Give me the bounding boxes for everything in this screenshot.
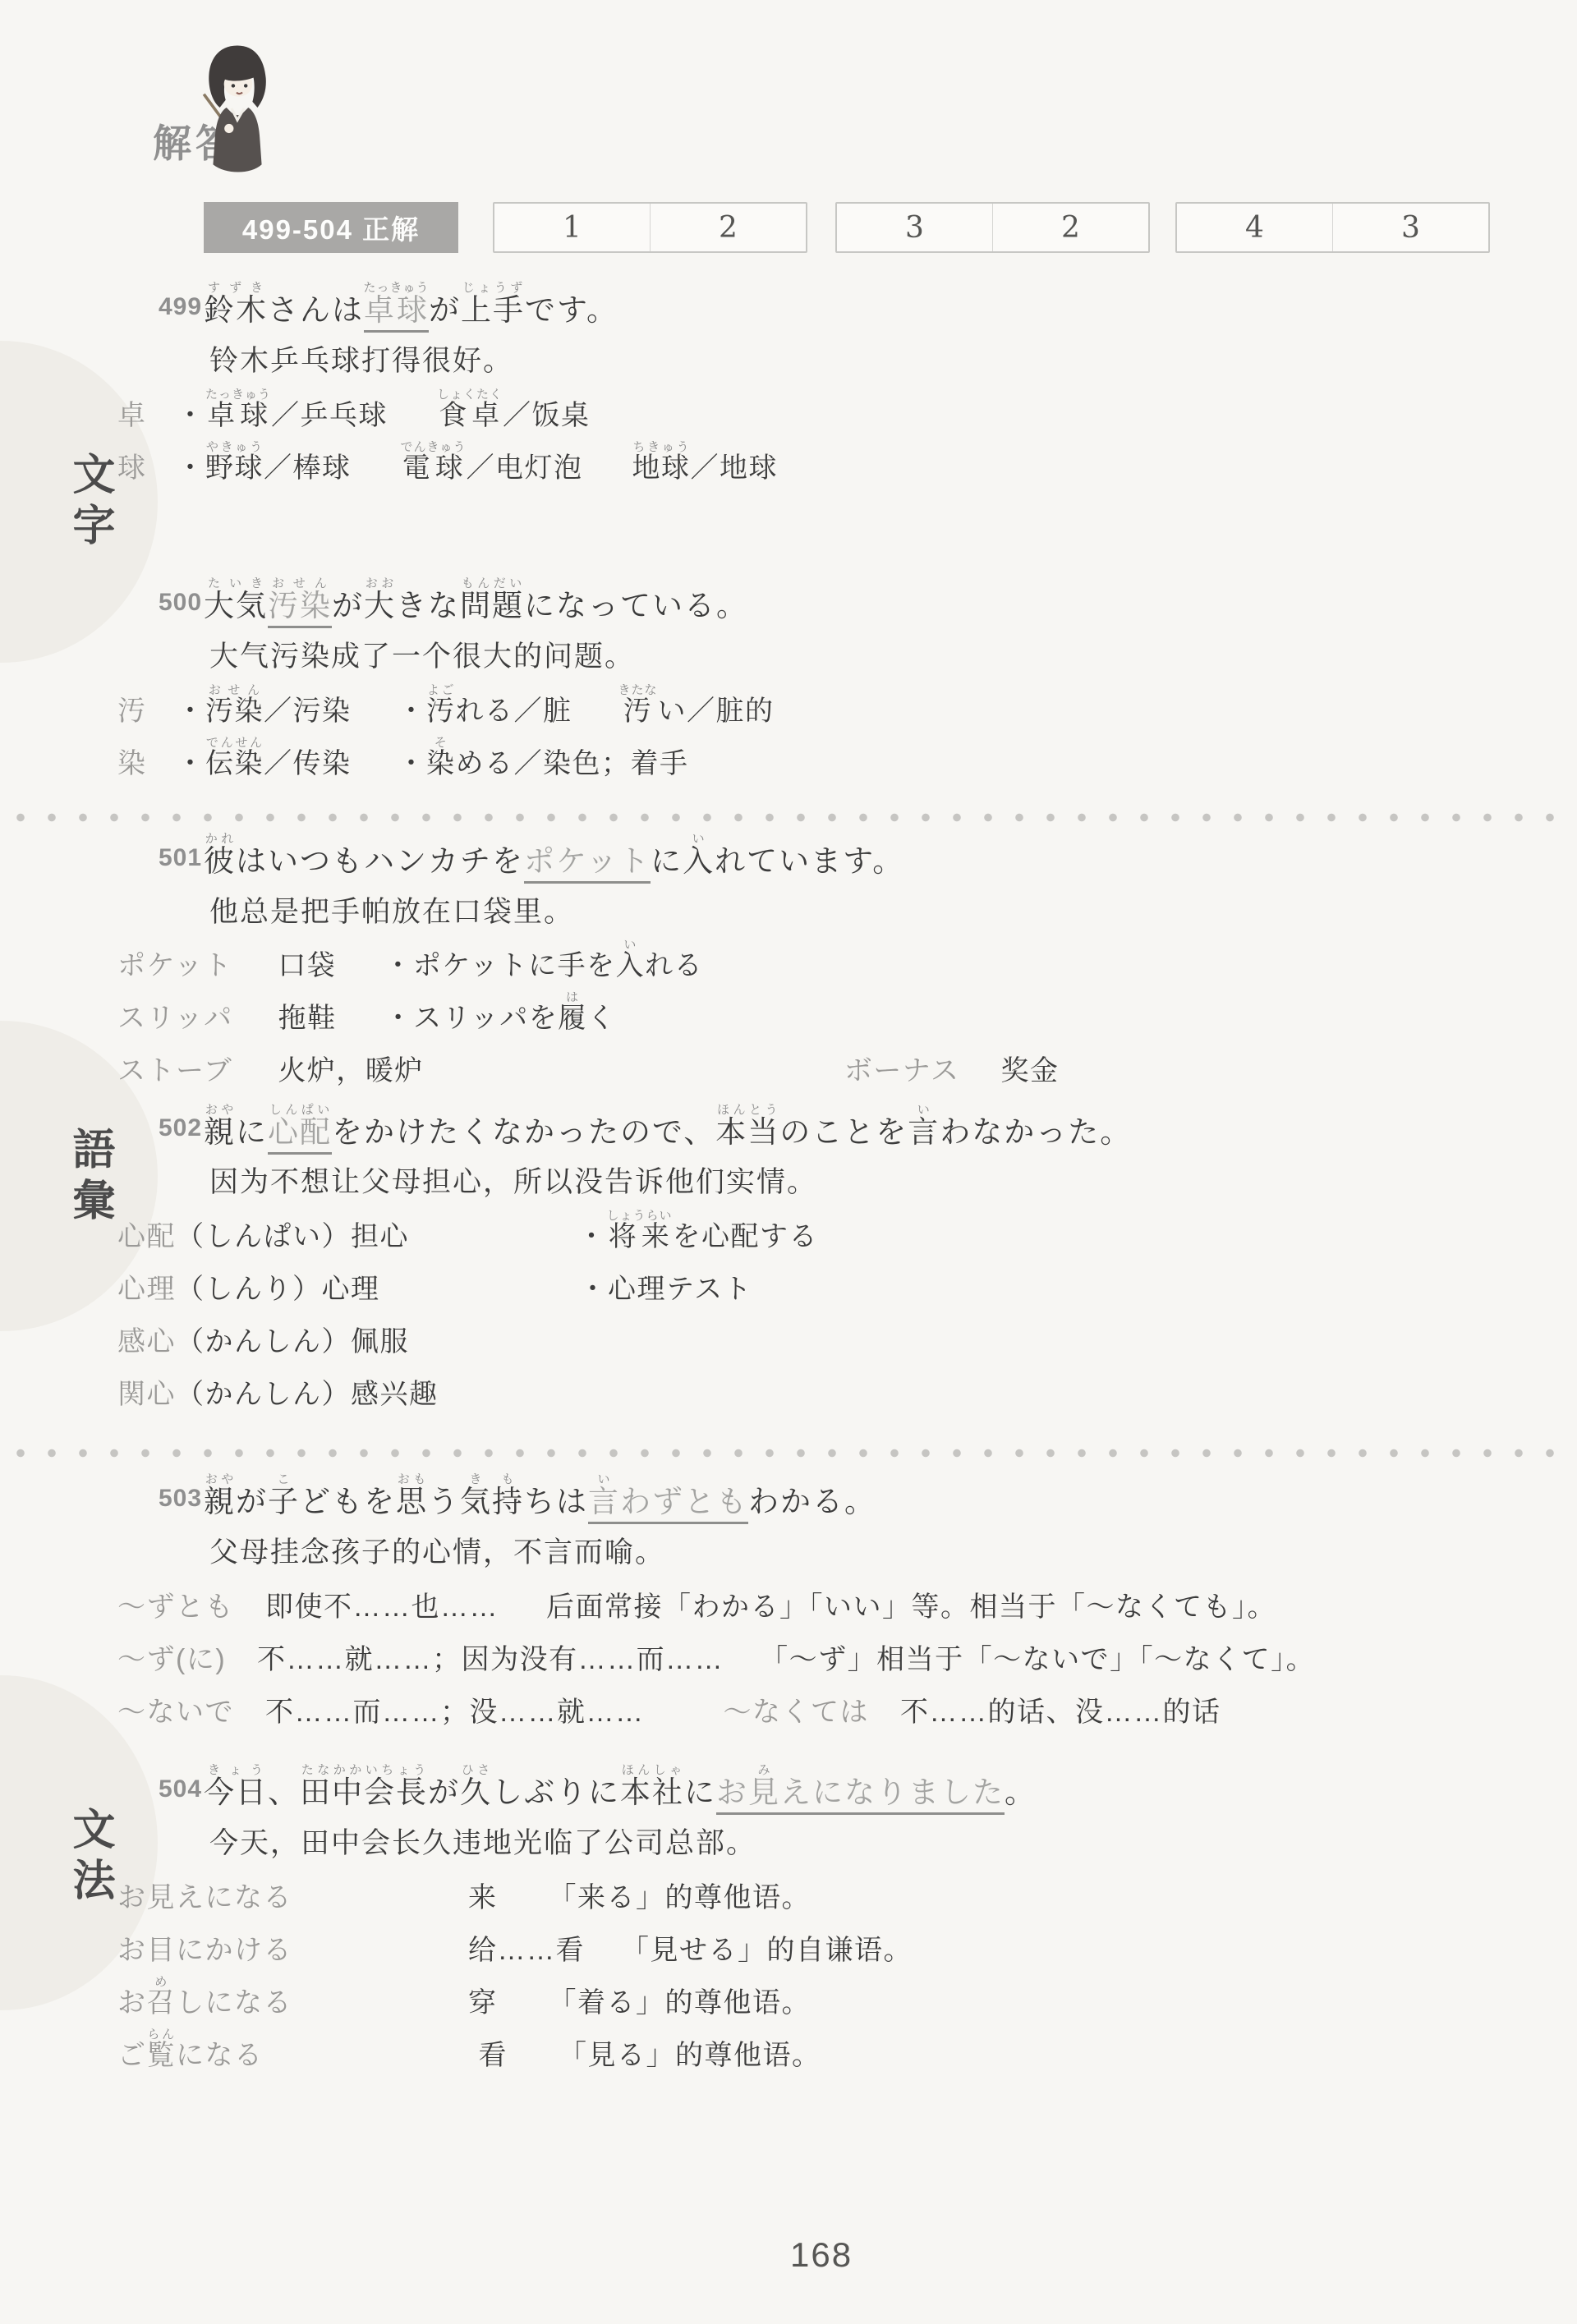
text-segment: 看 bbox=[479, 2040, 508, 2072]
question-block: 500大気たいき汚染おせんが大おおきな問題もんだいになっている。大气污染成了一个… bbox=[0, 576, 1577, 780]
japanese-sentence: 大気たいき汚染おせんが大おおきな問題もんだいになっている。 bbox=[204, 576, 748, 622]
text-segment: ・ bbox=[177, 400, 206, 432]
vocab-row: 球・野球やきゅう／棒球電球でんきゅう／电灯泡地球ちきゅう／地球 bbox=[117, 439, 1577, 485]
answer-box-group: 43 bbox=[1175, 202, 1490, 253]
text-with-furigana: 見み bbox=[748, 1775, 780, 1815]
vocab-row: 心配（しんぱい）担心・将来しょうらいを心配する bbox=[117, 1207, 1577, 1253]
text-segment: 「見せる」的自谦语。 bbox=[621, 1935, 913, 1967]
vocab-row: お見えになる来「来る」的尊他语。 bbox=[117, 1868, 1577, 1914]
vocab-label: ストーブ bbox=[117, 1055, 232, 1087]
answer-key-row: 499-504 正解 12 32 43 bbox=[0, 202, 1490, 253]
vocab-label: ポケット bbox=[117, 950, 232, 982]
text-segment: （かんしん）感兴趣 bbox=[176, 1379, 439, 1411]
vocab-label: スリッパ bbox=[117, 1003, 233, 1035]
text-segment: どもを bbox=[300, 1485, 396, 1518]
question-block: 504今日きょう、田中会長たなかかいちょうが久ひさしぶりに本社ほんしゃにお見みえ… bbox=[0, 1763, 1577, 2072]
vocab-label: 染 bbox=[117, 748, 147, 780]
japanese-sentence: 親おやが子こどもを思おもう気持きもちは言いわずともわかる。 bbox=[204, 1472, 876, 1518]
text-segment: く bbox=[587, 1003, 617, 1035]
section-goi: 501彼かれはいつもハンカチをポケットに入いれています。他总是把手帕放在口袋里。… bbox=[0, 832, 1577, 1412]
vocab-label: 感心 bbox=[117, 1326, 176, 1358]
text-segment: れる bbox=[645, 950, 703, 982]
text-segment: める／染色；着手 bbox=[456, 748, 689, 780]
text-segment: 「来る」的尊他语。 bbox=[549, 1882, 811, 1914]
text-with-furigana: 久ひさ bbox=[460, 1775, 492, 1809]
text-segment: ／污染 bbox=[264, 696, 352, 728]
vocab-row: ご覧らんになる看「見る」的尊他语。 bbox=[117, 2026, 1577, 2072]
vocab-row: お目にかける给……看「見せる」的自谦语。 bbox=[117, 1921, 1577, 1967]
text-segment: 拖鞋 bbox=[278, 1003, 337, 1035]
textbook-answer-page: 文字 語彙 文法 解答 499-504 正解 12 32 43 bbox=[0, 0, 1577, 2324]
vocab-row: ポケット口袋・ポケットに手を入いれる bbox=[117, 937, 1577, 983]
text-with-furigana: 親おや bbox=[204, 1485, 236, 1518]
text-segment: ・ bbox=[577, 1221, 607, 1253]
vocab-row: ～ず(に)不……就……；因为没有……而……「～ず」相当于「～ないで」「～なくて」… bbox=[117, 1630, 1577, 1676]
text-segment: 火炉，暖炉 bbox=[278, 1055, 424, 1087]
text-segment: わかる。 bbox=[748, 1485, 876, 1518]
text-with-furigana: 伝染でんせん bbox=[205, 736, 264, 780]
text-with-furigana: 大おお bbox=[364, 589, 396, 622]
text-with-furigana: 汚染おせん bbox=[205, 683, 264, 728]
text-with-furigana: 汚よご bbox=[426, 683, 456, 728]
question-number: 499 bbox=[159, 293, 204, 327]
answer-box-group: 32 bbox=[835, 202, 1150, 253]
vocab-row: 汚・汚染おせん／污染・汚よごれる／脏汚きたない／脏的 bbox=[117, 682, 1577, 728]
text-with-furigana: 上手じょうず bbox=[461, 293, 525, 327]
teacher-girl-illustration bbox=[195, 41, 279, 181]
vocab-label: ご bbox=[117, 2040, 147, 2072]
vocab-row: 関心（かんしん）感兴趣 bbox=[117, 1365, 1577, 1411]
text-with-furigana: 電球でんきゅう bbox=[401, 440, 467, 485]
chinese-translation: 他总是把手帕放在口袋里。 bbox=[209, 889, 1577, 930]
japanese-sentence: 親おやに心配しんぱいをかけたくなかったので、本当ほんとうのことを言いわなかった。 bbox=[204, 1103, 1132, 1149]
text-segment: 不……的话、没……的话 bbox=[900, 1697, 1221, 1729]
text-segment: ・ bbox=[177, 696, 206, 728]
text-with-furigana: 染そ bbox=[426, 736, 456, 780]
text-with-furigana: 卓球たっきゅう bbox=[205, 388, 271, 432]
vocab-label: しになる bbox=[176, 1987, 292, 2019]
text-segment: が bbox=[428, 1775, 460, 1809]
vocab-label: ～ず(に) bbox=[117, 1644, 226, 1676]
japanese-sentence: 鈴木すずきさんは卓球たっきゅうが上手じょうずです。 bbox=[204, 281, 618, 327]
text-with-furigana: 言い bbox=[588, 1485, 620, 1524]
answer-word: ポケット bbox=[524, 844, 651, 884]
text-with-furigana: 思おも bbox=[396, 1485, 428, 1518]
vocab-row: 感心（かんしん）佩服 bbox=[117, 1312, 1577, 1358]
text-with-furigana: 将来しょうらい bbox=[607, 1209, 673, 1253]
text-with-furigana: 言い bbox=[908, 1115, 940, 1149]
vocab-row: 卓・卓球たっきゅう／乒乓球食卓しょくたく／饭桌 bbox=[117, 386, 1577, 432]
vocab-label: お見えになる bbox=[117, 1882, 292, 1914]
question-block: 503親おやが子こどもを思おもう気持きもちは言いわずともわかる。父母挂念孩子的心… bbox=[0, 1472, 1577, 1729]
text-with-furigana: 親おや bbox=[204, 1115, 236, 1149]
text-segment: はいつもハンカチを bbox=[236, 844, 524, 878]
vocab-row: ストーブ火炉，暖炉ボーナス奖金 bbox=[117, 1042, 1577, 1088]
vocab-label: ～なくては bbox=[724, 1697, 870, 1729]
text-with-furigana: 本社ほんしゃ bbox=[620, 1775, 684, 1809]
questions-area: 499鈴木すずきさんは卓球たっきゅうが上手じょうずです。铃木乒乓球打得很好。卓・… bbox=[0, 281, 1577, 2072]
vocab-label: 心理 bbox=[117, 1274, 176, 1306]
text-segment: になっている。 bbox=[524, 589, 748, 622]
text-segment: 后面常接「わかる」「いい」等。相当于「～なくても」。 bbox=[546, 1591, 1276, 1624]
question-sentence-line: 499鈴木すずきさんは卓球たっきゅうが上手じょうずです。 bbox=[159, 281, 1577, 327]
text-segment: ・ポケットに手を bbox=[384, 950, 615, 982]
text-segment: ／地球 bbox=[691, 452, 779, 485]
text-segment: （かんしん）佩服 bbox=[176, 1326, 409, 1358]
text-segment: い／脏的 bbox=[658, 696, 775, 728]
text-with-furigana: 鈴木すずき bbox=[204, 293, 268, 327]
text-segment: ・ bbox=[398, 696, 427, 728]
text-segment: 「着る」的尊他语。 bbox=[549, 1987, 811, 2019]
japanese-sentence: 今日きょう、田中会長たなかかいちょうが久ひさしぶりに本社ほんしゃにお見みえになり… bbox=[204, 1763, 1037, 1809]
question-number: 504 bbox=[159, 1775, 204, 1809]
text-segment: 口袋 bbox=[278, 950, 336, 982]
vocab-row: スリッパ拖鞋・スリッパを履はく bbox=[117, 990, 1577, 1036]
chinese-translation: 因为不想让父母担心，所以没告诉他们实情。 bbox=[209, 1160, 1577, 1201]
text-segment: 不……就……；因为没有……而…… bbox=[257, 1644, 724, 1676]
text-segment: さんは bbox=[268, 293, 364, 327]
text-segment: 不……而……；没……就…… bbox=[265, 1697, 645, 1729]
page-number: 168 bbox=[790, 2235, 853, 2275]
text-segment: う bbox=[428, 1485, 460, 1518]
text-segment: ・スリッパを bbox=[384, 1003, 559, 1035]
section-moji: 499鈴木すずきさんは卓球たっきゅうが上手じょうずです。铃木乒乓球打得很好。卓・… bbox=[0, 281, 1577, 780]
text-with-furigana: 汚きたな bbox=[618, 683, 658, 728]
text-segment: 来 bbox=[468, 1882, 498, 1914]
text-with-furigana: 気持きも bbox=[460, 1485, 524, 1518]
text-segment: ／电灯泡 bbox=[467, 452, 583, 485]
text-segment: をかけたくなかったので、 bbox=[332, 1115, 715, 1149]
text-segment: ・ bbox=[398, 748, 427, 780]
question-block: 499鈴木すずきさんは卓球たっきゅうが上手じょうずです。铃木乒乓球打得很好。卓・… bbox=[0, 281, 1577, 485]
answer-number: 2 bbox=[650, 204, 806, 251]
text-segment: が bbox=[236, 1485, 268, 1518]
page-header: 解答 499-504 正解 12 32 43 bbox=[0, 0, 1577, 271]
answer-word: わずとも bbox=[620, 1485, 748, 1524]
answer-number: 3 bbox=[1332, 204, 1488, 251]
section-bunpou: 503親おやが子こどもを思おもう気持きもちは言いわずともわかる。父母挂念孩子的心… bbox=[0, 1472, 1577, 2072]
text-segment: 即使不……也…… bbox=[265, 1591, 499, 1624]
text-with-furigana: 食卓しょくたく bbox=[437, 388, 503, 432]
text-segment: しぶりに bbox=[492, 1775, 620, 1809]
vocab-label: お目にかける bbox=[117, 1935, 292, 1967]
question-number: 502 bbox=[159, 1114, 204, 1148]
question-sentence-line: 500大気たいき汚染おせんが大おおきな問題もんだいになっている。 bbox=[159, 576, 1577, 622]
answer-word: えになりました bbox=[780, 1775, 1005, 1815]
text-segment: ／乒乓球 bbox=[271, 400, 388, 432]
text-segment: 给……看 bbox=[468, 1935, 585, 1967]
text-with-furigana: 本当ほんとう bbox=[715, 1115, 779, 1149]
text-segment: （しんり）心理 bbox=[176, 1274, 380, 1306]
text-segment: 。 bbox=[1005, 1775, 1037, 1809]
text-segment: ／棒球 bbox=[264, 452, 352, 485]
text-with-furigana: 子こ bbox=[268, 1485, 300, 1518]
text-segment: 奖金 bbox=[1000, 1055, 1059, 1087]
text-segment: を心配する bbox=[673, 1221, 819, 1253]
text-with-furigana: 入い bbox=[616, 938, 646, 982]
japanese-sentence: 彼かれはいつもハンカチをポケットに入いれています。 bbox=[204, 832, 904, 878]
text-with-furigana: 問題もんだい bbox=[460, 589, 524, 622]
answer-number: 4 bbox=[1177, 204, 1332, 251]
text-with-furigana: 汚染おせん bbox=[268, 589, 332, 628]
text-with-furigana: 入い bbox=[683, 844, 715, 878]
question-block: 501彼かれはいつもハンカチをポケットに入いれています。他总是把手帕放在口袋里。… bbox=[0, 832, 1577, 1088]
text-with-furigana: 覧らん bbox=[147, 2028, 177, 2072]
answer-number: 2 bbox=[992, 204, 1148, 251]
question-number: 503 bbox=[159, 1485, 204, 1518]
vocab-row: 心理（しんり）心理・心理テスト bbox=[117, 1260, 1577, 1306]
chinese-translation: 铃木乒乓球打得很好。 bbox=[209, 338, 1577, 379]
dotted-separator bbox=[0, 813, 1577, 822]
text-with-furigana: 田中会長たなかかいちょう bbox=[300, 1775, 428, 1809]
vocab-label: ボーナス bbox=[844, 1055, 960, 1087]
text-segment: に bbox=[651, 844, 683, 878]
vocab-label: 球 bbox=[117, 452, 147, 485]
vocab-label: 卓 bbox=[117, 400, 147, 432]
text-segment: に bbox=[684, 1775, 716, 1809]
vocab-row: ～ないで不……而……；没……就……～なくては不……的话、没……的话 bbox=[117, 1683, 1577, 1729]
answer-number: 1 bbox=[494, 204, 650, 251]
text-with-furigana: 心配しんぱい bbox=[268, 1115, 332, 1155]
text-with-furigana: 彼かれ bbox=[204, 844, 236, 878]
text-segment: です。 bbox=[525, 293, 618, 327]
text-segment: 「見る」的尊他语。 bbox=[559, 2040, 821, 2072]
text-with-furigana: 地球ちきゅう bbox=[632, 440, 691, 485]
vocab-row: 染・伝染でんせん／传染・染そめる／染色；着手 bbox=[117, 734, 1577, 780]
text-with-furigana: 卓球たっきゅう bbox=[364, 293, 429, 333]
text-segment: が bbox=[332, 589, 364, 622]
text-segment: が bbox=[429, 293, 461, 327]
text-segment: 穿 bbox=[468, 1987, 498, 2019]
text-segment: ／饭桌 bbox=[503, 400, 591, 432]
vocab-label: 心配 bbox=[117, 1221, 176, 1253]
question-sentence-line: 503親おやが子こどもを思おもう気持きもちは言いわずともわかる。 bbox=[159, 1472, 1577, 1518]
text-segment: きな bbox=[396, 589, 460, 622]
answer-word: お bbox=[716, 1775, 748, 1815]
text-segment: ・ bbox=[177, 452, 206, 485]
question-number: 501 bbox=[159, 844, 204, 878]
question-sentence-line: 504今日きょう、田中会長たなかかいちょうが久ひさしぶりに本社ほんしゃにお見みえ… bbox=[159, 1763, 1577, 1809]
answer-key-label: 499-504 正解 bbox=[204, 202, 458, 253]
text-segment: わなかった。 bbox=[940, 1115, 1132, 1149]
text-segment: ちは bbox=[524, 1485, 588, 1518]
question-number: 500 bbox=[159, 589, 204, 622]
text-with-furigana: 今日きょう bbox=[204, 1775, 268, 1809]
vocab-label: 関心 bbox=[117, 1379, 176, 1411]
text-with-furigana: 野球やきゅう bbox=[205, 440, 264, 485]
chinese-translation: 大气污染成了一个很大的问题。 bbox=[209, 634, 1577, 675]
text-segment: ・心理テスト bbox=[579, 1274, 753, 1306]
chinese-translation: 今天，田中会长久违地光临了公司总部。 bbox=[209, 1821, 1577, 1862]
vocab-label: お bbox=[117, 1987, 147, 2019]
text-segment: ／传染 bbox=[264, 748, 352, 780]
answer-box-group: 12 bbox=[493, 202, 807, 253]
answer-number: 3 bbox=[837, 204, 992, 251]
vocab-label: ～ずとも bbox=[117, 1591, 234, 1624]
text-with-furigana: 大気たいき bbox=[204, 589, 268, 622]
text-segment: ・ bbox=[177, 748, 206, 780]
chinese-translation: 父母挂念孩子的心情，不言而喻。 bbox=[209, 1530, 1577, 1571]
vocab-label: 汚 bbox=[117, 696, 147, 728]
text-segment: れています。 bbox=[715, 844, 904, 878]
text-segment: のことを bbox=[779, 1115, 908, 1149]
text-segment: 「～ず」相当于「～ないで」「～なくて」。 bbox=[760, 1644, 1315, 1676]
dotted-separator bbox=[0, 1449, 1577, 1458]
question-sentence-line: 501彼かれはいつもハンカチをポケットに入いれています。 bbox=[159, 832, 1577, 878]
vocab-label: になる bbox=[176, 2040, 264, 2072]
text-segment: に bbox=[236, 1115, 268, 1149]
text-segment: （しんぱい）担心 bbox=[176, 1221, 409, 1253]
text-segment: 、 bbox=[268, 1775, 300, 1809]
vocab-row: ～ずとも即使不……也……后面常接「わかる」「いい」等。相当于「～なくても」。 bbox=[117, 1578, 1577, 1624]
text-segment: れる／脏 bbox=[456, 696, 572, 728]
question-block: 502親おやに心配しんぱいをかけたくなかったので、本当ほんとうのことを言いわなか… bbox=[0, 1103, 1577, 1412]
text-with-furigana: 召め bbox=[147, 1975, 177, 2019]
text-with-furigana: 履は bbox=[558, 990, 587, 1035]
vocab-label: ～ないで bbox=[117, 1697, 234, 1729]
question-sentence-line: 502親おやに心配しんぱいをかけたくなかったので、本当ほんとうのことを言いわなか… bbox=[159, 1103, 1577, 1149]
vocab-row: お召めしになる穿「着る」的尊他语。 bbox=[117, 1973, 1577, 2019]
